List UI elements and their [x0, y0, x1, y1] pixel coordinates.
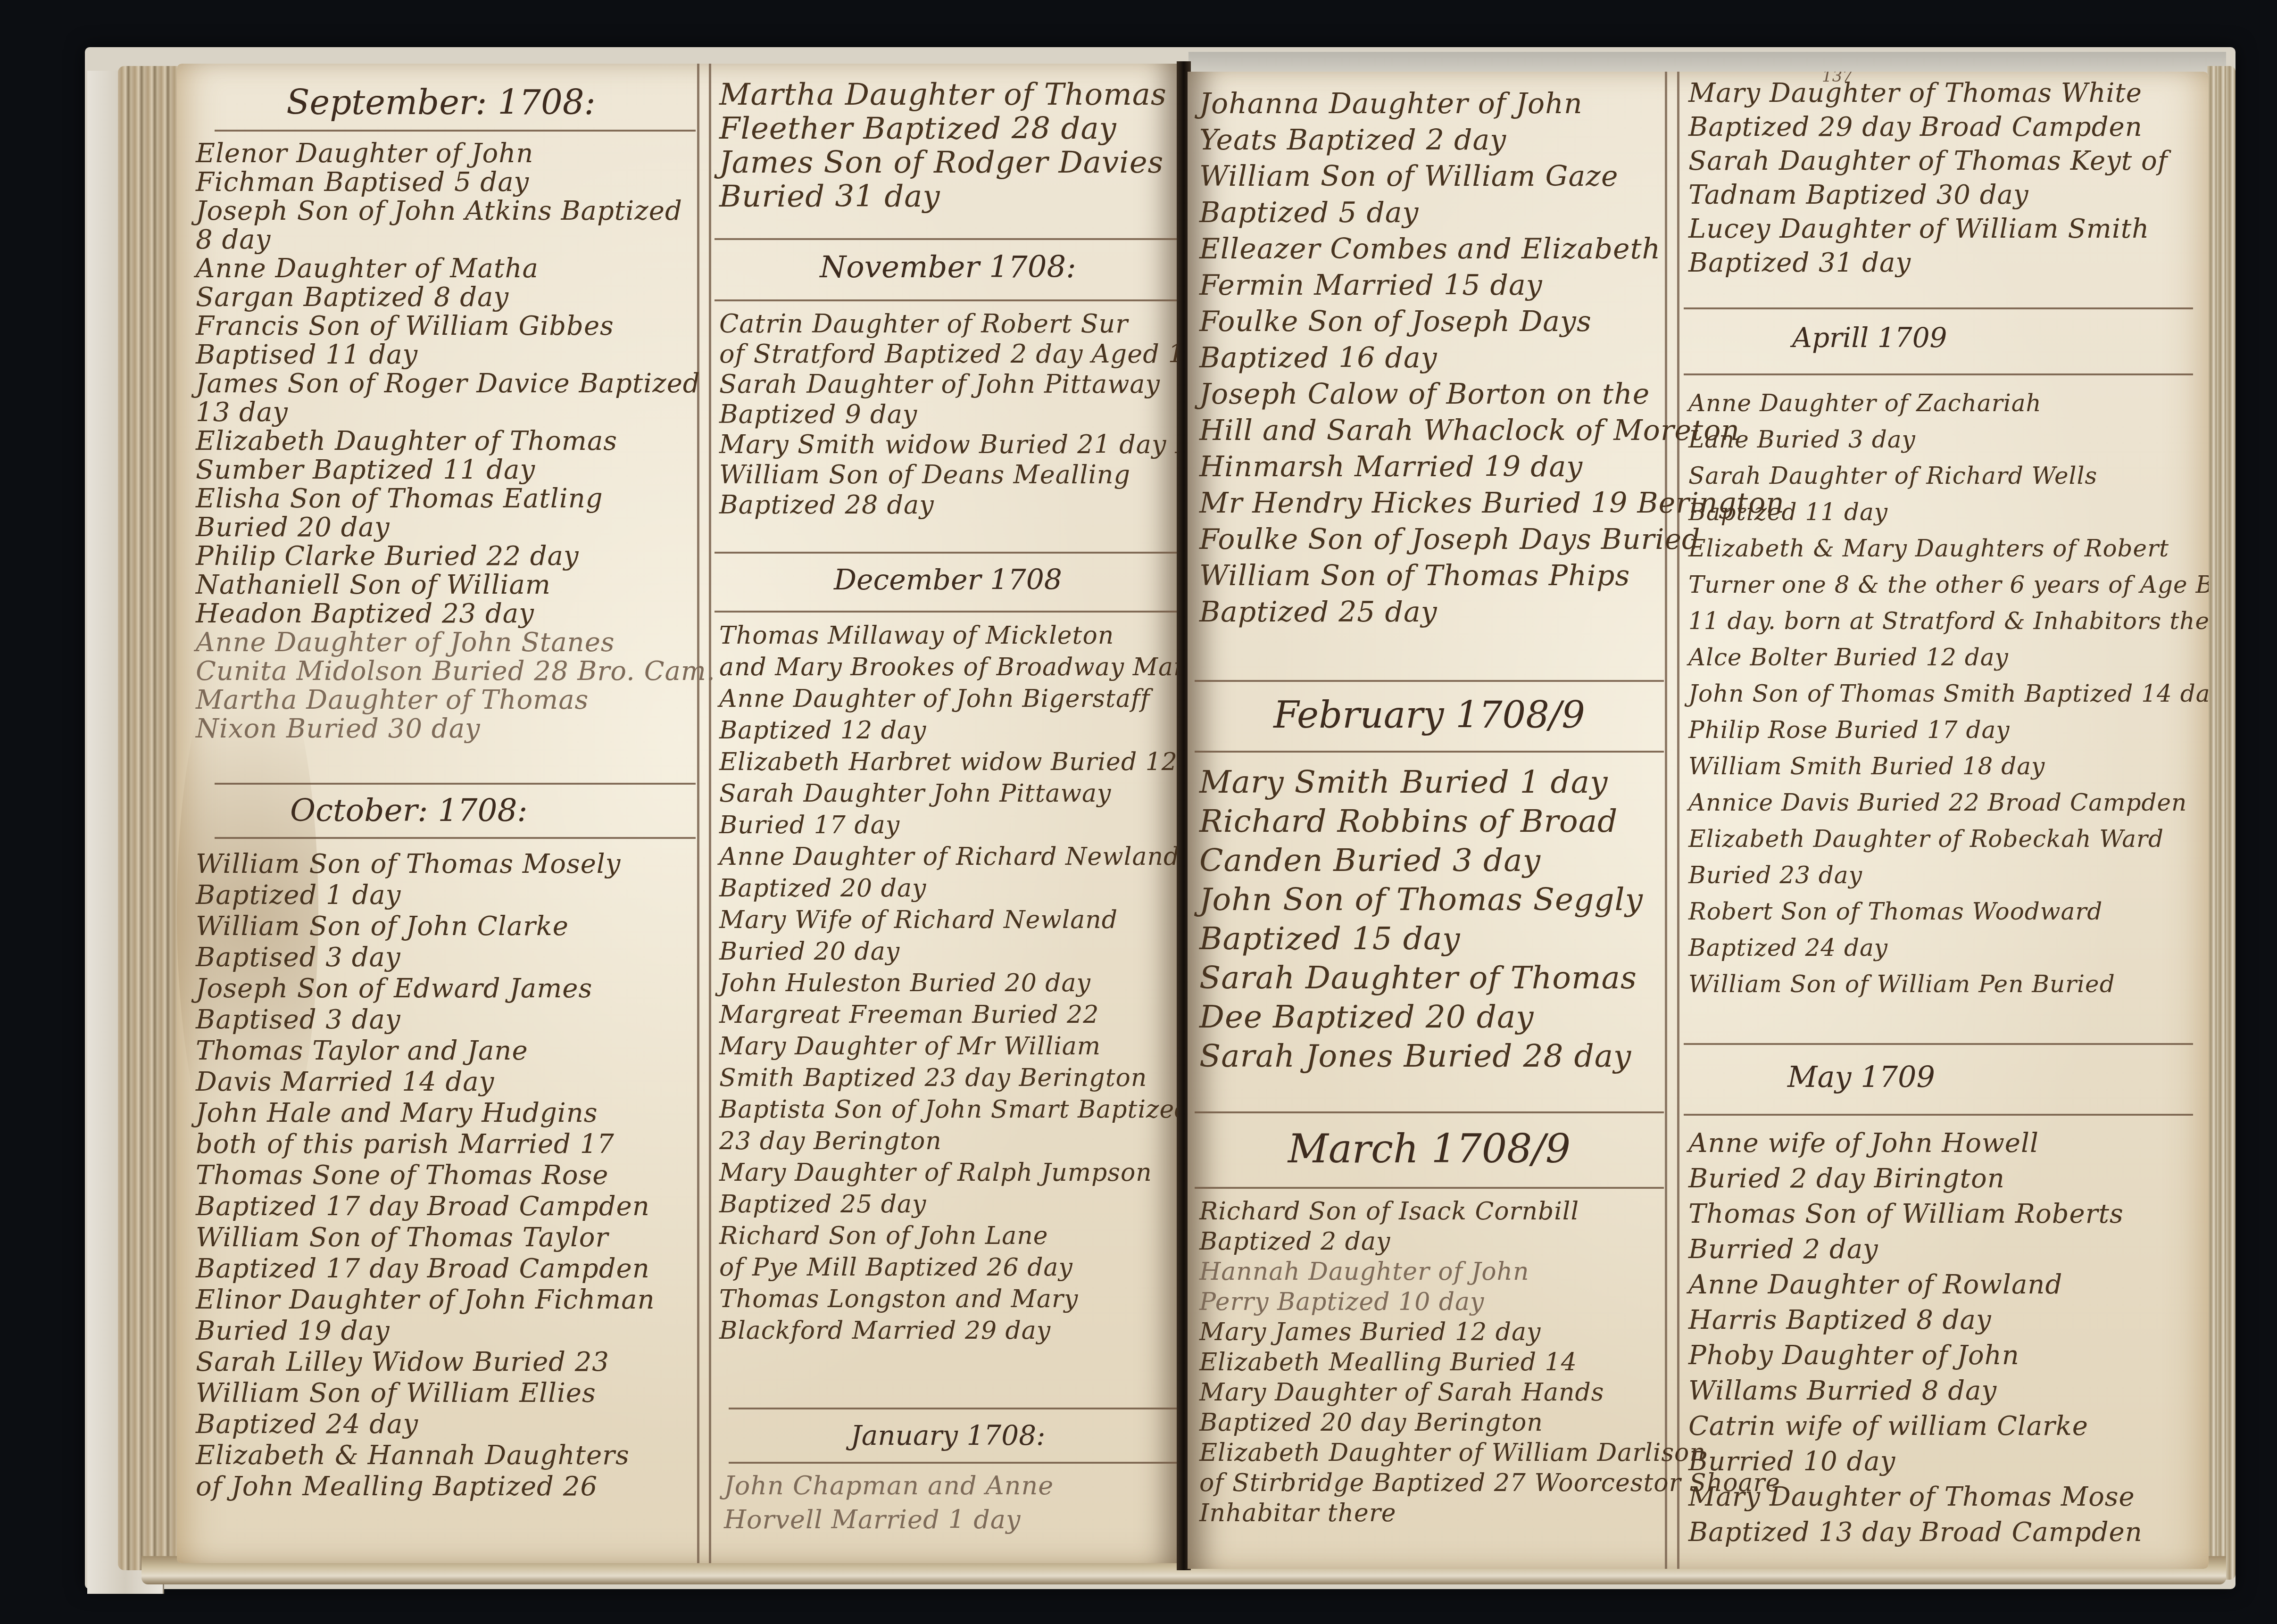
- register-entry-line: Burried 2 day: [1688, 1232, 1878, 1267]
- register-entry-line: Fermin Married 15 day: [1199, 267, 1543, 304]
- register-entry-line: Hinmarsh Married 19 day: [1199, 449, 1583, 485]
- register-entry-line: Horvell Married 1 day: [724, 1503, 1021, 1537]
- register-entry-line: Canden Buried 3 day: [1199, 841, 1541, 880]
- register-entry-line: 8 day: [196, 225, 271, 254]
- register-entry-line: Buried 19 day: [196, 1316, 390, 1347]
- register-entry-line: Martha Daughter of Thomas: [719, 78, 1167, 112]
- register-entry-line: of Stratford Baptized 2 day Aged 16 year…: [719, 339, 1181, 369]
- register-entry-line: Thomas Taylor and Jane: [196, 1036, 528, 1067]
- register-entry-line: Hannah Daughter of John: [1199, 1257, 1529, 1287]
- header-rule: [1684, 307, 2193, 309]
- register-entry-line: William Son of John Clarke: [196, 911, 569, 942]
- register-entry-line: Smith Baptized 23 day Berington: [719, 1062, 1147, 1094]
- register-entry-line: Baptised 3 day: [196, 942, 401, 973]
- right-page: 137 Johanna Daughter of JohnYeats Baptiz…: [1188, 72, 2209, 1569]
- register-entry-line: Elizabeth Daughter of Thomas: [196, 427, 617, 456]
- header-rule: [1684, 1114, 2193, 1116]
- register-entry-line: Baptista Son of John Smart Baptized: [719, 1094, 1181, 1126]
- register-entry-line: Baptised 11 day: [196, 340, 418, 369]
- register-entry-line: Margreat Freeman Buried 22: [719, 999, 1099, 1031]
- register-entry-line: James Son of Roger Davice Baptized: [196, 369, 700, 398]
- register-entry-line: Mary Daughter of Mr William: [719, 1031, 1101, 1062]
- register-entry-line: Baptized 31 day: [1688, 246, 1911, 280]
- register-entry-line: Elleazer Combes and Elizabeth: [1199, 231, 1661, 267]
- register-entry-line: Davis Married 14 day: [196, 1067, 494, 1098]
- register-entry-line: Sarah Daughter of John Pittaway: [719, 369, 1160, 399]
- register-entry-line: Baptized 24 day: [1688, 930, 1888, 966]
- register-entry-line: Mary Wife of Richard Newland: [719, 904, 1118, 936]
- register-entry-line: William Son of Deans Mealling: [719, 460, 1130, 490]
- header-rule: [729, 1462, 1177, 1464]
- register-entry-line: Joseph Son of Edward James: [196, 973, 592, 1004]
- register-entry-line: Sarah Lilley Widow Buried 23: [196, 1347, 609, 1378]
- right-page-edges: [2207, 66, 2235, 1580]
- register-entry-line: William Son of Thomas Phips: [1199, 558, 1630, 594]
- register-entry-line: William Son of William Ellies: [196, 1378, 596, 1409]
- register-entry-line: Buried 2 day Birington: [1688, 1161, 2005, 1196]
- register-entry-line: James Son of Rodger Davies: [719, 146, 1163, 180]
- register-entry-line: Mary James Buried 12 day: [1199, 1317, 1541, 1347]
- register-entry-line: Yeats Baptized 2 day: [1199, 122, 1506, 158]
- register-entry-line: Baptized 29 day Broad Campden: [1688, 110, 2143, 144]
- register-entry-line: Anne Daughter of Richard Newland: [719, 841, 1180, 873]
- register-entry-line: Harris Baptized 8 day: [1688, 1302, 1992, 1338]
- register-entry-line: Martha Daughter of Thomas: [196, 686, 589, 714]
- header-rule: [1684, 373, 2193, 375]
- register-entry-line: Joseph Son of John Atkins Baptized: [196, 197, 682, 225]
- register-entry-line: Buried 31 day: [719, 180, 940, 214]
- header-rule: [1195, 1187, 1664, 1189]
- register-entry-line: Lucey Daughter of William Smith: [1688, 212, 2149, 246]
- left-page-edges: [118, 66, 184, 1570]
- left-page: September: 1708: Elenor Daughter of John…: [177, 64, 1181, 1563]
- register-entry-line: Baptized 24 day: [196, 1409, 418, 1440]
- register-entry-line: Blackford Married 29 day: [719, 1315, 1051, 1347]
- register-entry-line: Baptised 3 day: [196, 1004, 401, 1036]
- register-entry-line: both of this parish Married 17: [196, 1129, 615, 1160]
- register-entry-line: Mary Smith widow Buried 21 day Ber: [719, 430, 1181, 460]
- register-entry-line: John Son of Thomas Seggly: [1199, 880, 1643, 919]
- register-entry-line: Nixon Buried 30 day: [196, 714, 481, 743]
- register-entry-line: Inhabitar there: [1199, 1498, 1396, 1528]
- register-entry-line: Buried 20 day: [196, 513, 390, 542]
- month-header: October: 1708:: [186, 792, 696, 829]
- register-entry-line: Elenor Daughter of John: [196, 139, 533, 168]
- register-entry-line: Elizabeth & Mary Daughters of Robert: [1688, 530, 2169, 567]
- register-entry-line: Francis Son of William Gibbes: [196, 312, 614, 340]
- register-entry-line: Baptized 17 day Broad Campden: [196, 1191, 650, 1222]
- register-entry-line: John Hale and Mary Hudgins: [196, 1098, 598, 1129]
- register-entry-line: Sarah Daughter of Thomas: [1199, 958, 1637, 997]
- month-header: November 1708:: [715, 250, 1181, 285]
- register-column-3: Johanna Daughter of JohnYeats Baptized 2…: [1195, 72, 1664, 1569]
- register-entry-line: Hill and Sarah Whaclock of Moreton: [1199, 413, 1740, 449]
- month-header: March 1708/9: [1195, 1126, 1664, 1172]
- month-header: May 1709: [1684, 1060, 2202, 1094]
- register-entry-line: Alce Bolter Buried 12 day: [1688, 639, 2009, 676]
- register-entry-line: Johanna Daughter of John: [1199, 86, 1583, 122]
- register-entry-line: Buried 23 day: [1688, 857, 1862, 894]
- register-entry-line: Anne Daughter of Rowland: [1688, 1267, 2062, 1302]
- register-entry-line: William Son of Thomas Mosely: [196, 849, 621, 880]
- register-entry-line: Baptized 1 day: [196, 880, 401, 911]
- register-entry-line: of Pye Mill Baptized 26 day: [719, 1252, 1073, 1284]
- register-entry-line: Elizabeth & Hannah Daughters: [196, 1440, 630, 1471]
- register-entry-line: Headon Baptized 23 day: [196, 599, 534, 628]
- register-entry-line: Thomas Sone of Thomas Rose: [196, 1160, 608, 1191]
- register-entry-line: William Son of William Pen Buried: [1688, 966, 2115, 1003]
- register-entry-line: Phoby Daughter of John: [1688, 1338, 2019, 1373]
- register-entry-line: Sargan Baptized 8 day: [196, 283, 509, 312]
- register-entry-line: Elizabeth Daughter of Robeckah Ward: [1688, 821, 2164, 857]
- register-entry-line: Richard Son of John Lane: [719, 1220, 1048, 1252]
- register-entry-line: Fleether Baptized 28 day: [719, 112, 1117, 146]
- register-entry-line: Baptized 20 day: [719, 873, 926, 904]
- register-entry-line: Sumber Baptized 11 day: [196, 456, 535, 484]
- register-entry-line: William Smith Buried 18 day: [1688, 748, 2045, 785]
- register-entry-line: Joseph Calow of Borton on the: [1199, 376, 1650, 413]
- register-entry-line: Willams Burried 8 day: [1688, 1373, 1997, 1409]
- register-entry-line: Elizabeth Harbret widow Buried 12 day: [719, 746, 1181, 778]
- register-entry-line: Philip Clarke Buried 22 day: [196, 542, 579, 571]
- register-entry-line: Mary Smith Buried 1 day: [1199, 762, 1608, 802]
- register-entry-line: and Mary Brookes of Broadway Married 10: [719, 652, 1181, 683]
- register-entry-line: Anne Daughter of John Bigerstaff: [719, 683, 1150, 715]
- register-entry-line: Catrin Daughter of Robert Sur: [719, 309, 1128, 339]
- column-rule: [1665, 72, 1667, 1569]
- register-entry-line: Sarah Jones Buried 28 day: [1199, 1036, 1631, 1076]
- header-rule: [1195, 1111, 1664, 1113]
- register-entry-line: 13 day: [196, 398, 288, 427]
- header-rule: [215, 130, 696, 132]
- register-entry-line: Sarah Daughter of Thomas Keyt of: [1688, 144, 2168, 178]
- register-entry-line: John Chapman and Anne: [724, 1469, 1054, 1503]
- register-entry-line: Baptized 17 day Broad Campden: [196, 1253, 650, 1284]
- register-entry-line: Burried 10 day: [1688, 1444, 1895, 1479]
- register-entry-line: Philip Rose Buried 17 day: [1688, 712, 2010, 748]
- register-entry-line: Baptized 28 day: [719, 490, 934, 520]
- register-entry-line: John Huleston Buried 20 day: [719, 968, 1091, 999]
- register-entry-line: Baptized 11 day: [1688, 494, 1888, 530]
- register-column-4: Mary Daughter of Thomas WhiteBaptized 29…: [1684, 72, 2202, 1569]
- register-entry-line: Baptized 20 day Berington: [1199, 1408, 1543, 1438]
- register-entry-line: Annice Davis Buried 22 Broad Campden: [1688, 785, 2187, 821]
- register-entry-line: Baptized 5 day: [1199, 195, 1419, 231]
- register-column-2: Martha Daughter of ThomasFleether Baptiz…: [715, 64, 1181, 1563]
- register-entry-line: Thomas Millaway of Mickleton: [719, 620, 1114, 652]
- header-rule: [1195, 751, 1664, 753]
- register-entry-line: John Son of Thomas Smith Baptized 14 day: [1688, 676, 2209, 712]
- register-entry-line: Elinor Daughter of John Fichman: [196, 1284, 655, 1316]
- register-entry-line: Thomas Longston and Mary: [719, 1284, 1078, 1315]
- month-header: Aprill 1709: [1684, 322, 2202, 354]
- register-entry-line: Buried 20 day: [719, 936, 900, 968]
- register-entry-line: William Son of Thomas Taylor: [196, 1222, 608, 1253]
- header-rule: [215, 783, 696, 785]
- register-entry-line: Anne Daughter of Zachariah: [1688, 385, 2042, 422]
- register-entry-line: 11 day. born at Stratford & Inhabitors t…: [1688, 603, 2209, 639]
- register-entry-line: Nathaniell Son of William: [196, 571, 551, 599]
- register-entry-line: Thomas Son of William Roberts: [1688, 1196, 2124, 1232]
- register-entry-line: Lane Buried 3 day: [1688, 422, 1916, 458]
- register-entry-line: Cunita Midolson Buried 28 Bro. Cam.: [196, 657, 715, 686]
- register-entry-line: Sarah Daughter John Pittaway: [719, 778, 1112, 810]
- register-entry-line: Perry Baptized 10 day: [1199, 1287, 1484, 1317]
- header-rule: [1195, 680, 1664, 682]
- column-rule: [709, 64, 711, 1563]
- month-header: December 1708: [715, 563, 1181, 597]
- register-entry-line: Baptized 16 day: [1199, 340, 1438, 376]
- month-header: February 1708/9: [1195, 694, 1664, 737]
- header-rule: [215, 837, 696, 839]
- header-rule: [715, 552, 1181, 554]
- register-entry-line: Catrin wife of william Clarke: [1688, 1409, 2088, 1444]
- register-entry-line: Mary Daughter of Thomas White: [1688, 76, 2142, 110]
- register-entry-line: Buried 17 day: [719, 810, 900, 841]
- header-rule: [715, 299, 1181, 301]
- register-entry-line: of John Mealling Baptized 26: [196, 1471, 598, 1502]
- register-entry-line: Baptized 13 day Broad Campden: [1688, 1515, 2143, 1550]
- month-header: January 1708:: [715, 1419, 1181, 1451]
- register-entry-line: Turner one 8 & the other 6 years of Age …: [1688, 567, 2209, 603]
- register-entry-line: Mary Daughter of Ralph Jumpson: [719, 1157, 1152, 1189]
- register-entry-line: Richard Son of Isack Cornbill: [1199, 1196, 1579, 1226]
- register-entry-line: Robert Son of Thomas Woodward: [1688, 894, 2102, 930]
- column-rule: [697, 64, 699, 1563]
- header-rule: [1684, 1043, 2193, 1045]
- register-entry-line: Foulke Son of Joseph Days: [1199, 304, 1592, 340]
- register-entry-line: Baptized 25 day: [1199, 594, 1438, 630]
- register-entry-line: Elizabeth Daughter of William Darlison: [1199, 1438, 1706, 1468]
- header-rule: [729, 1408, 1177, 1409]
- register-column-1: September: 1708: Elenor Daughter of John…: [186, 64, 696, 1563]
- register-entry-line: Richard Robbins of Broad: [1199, 802, 1618, 841]
- register-entry-line: Baptized 2 day: [1199, 1226, 1390, 1257]
- month-header: September: 1708:: [186, 83, 696, 122]
- register-entry-line: Sarah Daughter of Richard Wells: [1688, 458, 2097, 494]
- register-entry-line: Tadnam Baptized 30 day: [1688, 178, 2029, 212]
- register-entry-line: Baptized 25 day: [719, 1189, 926, 1220]
- header-rule: [715, 238, 1181, 240]
- register-entry-line: Anne Daughter of Matha: [196, 254, 539, 283]
- register-entry-line: Baptized 12 day: [719, 715, 926, 746]
- register-entry-line: Baptized 9 day: [719, 399, 917, 430]
- register-entry-line: William Son of William Gaze: [1199, 158, 1618, 195]
- register-entry-line: Elisha Son of Thomas Eatling: [196, 484, 603, 513]
- register-entry-line: Dee Baptized 20 day: [1199, 997, 1534, 1036]
- register-entry-line: Elizabeth Mealling Buried 14: [1199, 1347, 1577, 1377]
- register-entry-line: Mary Daughter of Thomas Mose: [1688, 1479, 2135, 1515]
- register-entry-line: 23 day Berington: [719, 1126, 942, 1157]
- register-entry-line: Anne wife of John Howell: [1688, 1126, 2039, 1161]
- register-entry-line: Mary Daughter of Sarah Hands: [1199, 1377, 1604, 1408]
- register-entry-line: Baptized 15 day: [1199, 919, 1461, 958]
- register-entry-line: Foulke Son of Joseph Days Buried: [1199, 522, 1700, 558]
- column-rule: [1677, 72, 1679, 1569]
- register-entry-line: Anne Daughter of John Stanes: [196, 628, 615, 657]
- register-entry-line: Fichman Baptised 5 day: [196, 168, 529, 197]
- header-rule: [715, 611, 1181, 613]
